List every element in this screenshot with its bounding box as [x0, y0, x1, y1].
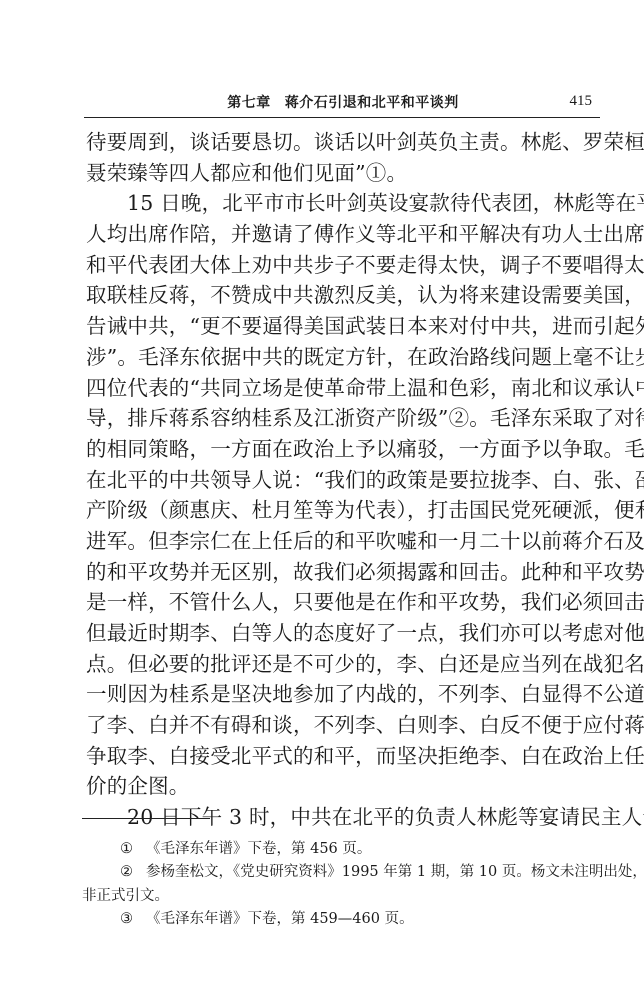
header-rule — [84, 117, 600, 118]
running-head: 第七章蒋介石引退和北平和平谈判 415 — [86, 92, 600, 112]
body-line: 的相同策略，一方面在政治上予以痛驳，一方面予以争取。毛泽东指示 — [86, 434, 602, 465]
book-page: 第七章蒋介石引退和北平和平谈判 415 待要周到，谈话要恳切。谈话以叶剑英负主责… — [0, 0, 644, 1000]
body-line: 产阶级（颜惠庆、杜月笙等为代表），打击国民党死硬派，便利我们向南 — [86, 495, 602, 526]
footnote-text: 《毛泽东年谱》下卷，第 456 页。 — [146, 841, 371, 857]
footnote-text: 参杨奎松文，《党史研究资料》1995 年第 1 期，第 10 页。杨文未注明出处… — [146, 864, 644, 880]
body-line: 的和平攻势并无区别，故我们必须揭露和回击。此种和平攻势，今后还 — [86, 557, 602, 588]
body-line: 四位代表的“共同立场是使革命带上温和色彩，南北和议承认中共领 — [86, 373, 602, 404]
body-line: 进军。但李宗仁在上任后的和平吹嘘和一月二十以前蒋介石及 CC 系 — [86, 526, 602, 557]
footnote-marker: ③ — [120, 908, 146, 931]
body-line: 涉”。毛泽东依据中共的既定方针，在政治路线问题上毫不让步，认为 — [86, 342, 602, 373]
body-text: 待要周到，谈话要恳切。谈话以叶剑英负主责。林彪、罗荣桓、董必武、 聂荣臻等四人都… — [86, 127, 602, 833]
body-line: 告诫中共，“更不要逼得美国武装日本来对付中共，进而引起外国干 — [86, 311, 602, 342]
footnote-3: ③《毛泽东年谱》下卷，第 459—460 页。 — [82, 908, 602, 931]
footnote-marker: ② — [120, 861, 146, 884]
page-number: 415 — [570, 93, 593, 110]
body-line: 一则因为桂系是坚决地参加了内战的，不列李、白显得不公道；二则列 — [86, 679, 602, 710]
footnote-rule — [82, 818, 210, 819]
body-line: 争取李、白接受北平式的和平，而坚决拒绝李、白在政治上任何讨价还 — [86, 741, 602, 772]
footnote-2-continuation: 非正式引文。 — [82, 885, 602, 908]
body-line: 是一样，不管什么人，只要他是在作和平攻势，我们必须回击并粉碎之。 — [86, 587, 602, 618]
chapter-title: 蒋介石引退和北平和平谈判 — [285, 95, 459, 111]
body-line: 和平代表团大体上劝中共步子不要走得太快，调子不要唱得太高，要争 — [86, 250, 602, 281]
footnote-marker: ① — [120, 838, 146, 861]
body-line: 待要周到，谈话要恳切。谈话以叶剑英负主责。林彪、罗荣桓、董必武、 — [86, 127, 602, 158]
body-line: 了李、白并不有碍和谈，不列李、白则李、白反不便于应付蒋党。”③这是 — [86, 710, 602, 741]
body-line: 但最近时期李、白等人的态度好了一点，我们亦可以考虑对他们缓和一 — [86, 618, 602, 649]
body-line: 取联桂反蒋，不赞成中共激烈反美，认为将来建设需要美国，章士钊更 — [86, 280, 602, 311]
footnote-text: 《毛泽东年谱》下卷，第 459—460 页。 — [146, 911, 414, 927]
footnotes: ①《毛泽东年谱》下卷，第 456 页。 ②参杨奎松文，《党史研究资料》1995 … — [82, 838, 602, 931]
body-line: 导，排斥蒋系容纳桂系及江浙资产阶级”②。毛泽东采取了对待傅作义 — [86, 403, 602, 434]
body-line: 人均出席作陪，并邀请了傅作义等北平和平解决有功人士出席。上海 — [86, 219, 602, 250]
body-line: 15 日晚，北平市市长叶剑英设宴款待代表团，林彪等在平中共要 — [86, 188, 602, 219]
chapter-label: 第七章 — [227, 95, 271, 111]
body-line: 点。但必要的批评还是不可少的，李、白还是应当列在战犯名单之内。 — [86, 649, 602, 680]
body-line: 价的企图。 — [86, 771, 602, 802]
body-line: 聂荣臻等四人都应和他们见面”①。 — [86, 158, 602, 189]
footnote-2: ②参杨奎松文，《党史研究资料》1995 年第 1 期，第 10 页。杨文未注明出… — [82, 861, 602, 884]
body-line: 在北平的中共领导人说：“我们的政策是要拉拢李、白、张、邵及上海资 — [86, 465, 602, 496]
footnote-1: ①《毛泽东年谱》下卷，第 456 页。 — [82, 838, 602, 861]
chapter-heading: 第七章蒋介石引退和北平和平谈判 — [86, 92, 600, 112]
